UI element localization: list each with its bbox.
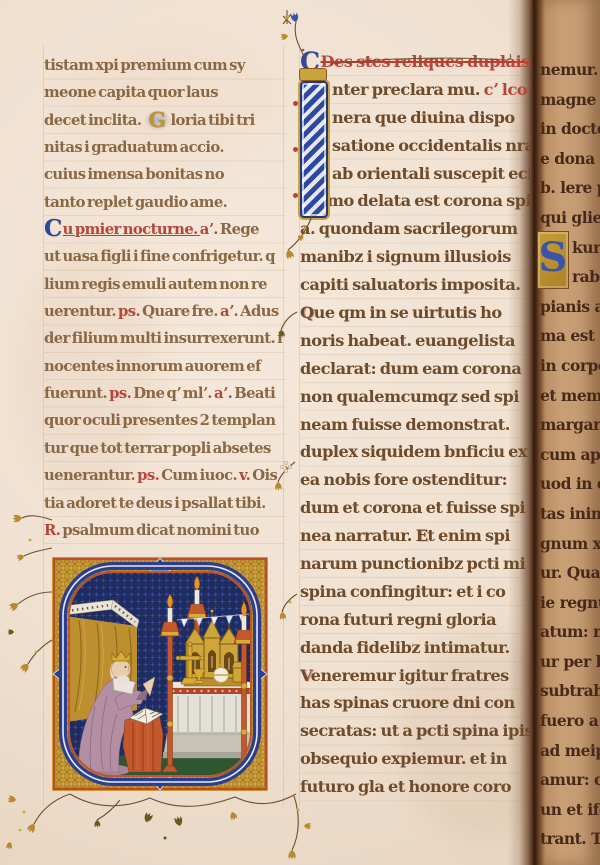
text-segment: Rege <box>220 221 259 238</box>
text-segment: in docte mara pru <box>540 119 600 138</box>
text-line: uenerantur. ps. Cum iuoc. v. Ois <box>44 462 286 489</box>
text-segment: u pmier nocturne. <box>63 221 200 238</box>
left-text-column: tistam xpi premium cum symeone capita qu… <box>44 52 286 544</box>
text-segment: uerentur. <box>44 303 118 320</box>
text-line: fuero a terra: o <box>540 706 600 736</box>
text-segment: psalmum dicat nomini tuo <box>62 522 259 539</box>
text-segment: Des stes reliques duplais. <box>321 52 531 71</box>
text-line: et membris eiu <box>540 381 600 411</box>
text-segment: fuero a terra: o <box>540 711 600 730</box>
text-line: a. quondam sacrilegorum <box>300 215 530 243</box>
text-line: ie regnum xpi <box>540 588 600 618</box>
text-line: in corpore xpi de <box>540 351 600 381</box>
text-segment: Quare fre. <box>142 303 220 320</box>
text-line: futuro gla et honore coro <box>300 773 530 801</box>
text-segment: der filium multi insurrexerunt. i <box>44 330 282 347</box>
text-line: quor oculi presentes 2 templan <box>44 407 286 434</box>
text-segment: V <box>300 666 311 685</box>
text-line: satione occidentalis nra <box>300 132 530 160</box>
text-segment: decet inclita. <box>44 112 144 129</box>
text-line: trant. Trahe igi <box>540 824 600 854</box>
text-segment: trant. Trahe igi <box>540 829 600 848</box>
text-segment: Cum iuoc. <box>161 467 239 484</box>
text-segment: ps. <box>137 467 161 484</box>
text-segment: uenerantur. <box>44 467 137 484</box>
text-line: secratas: ut a pcti spina ipis <box>300 717 530 745</box>
text-segment: qui glie pro domi <box>540 208 600 227</box>
text-segment: Adus <box>240 303 279 320</box>
text-segment: E <box>416 526 428 545</box>
decorated-initial-i <box>300 81 328 218</box>
text-line: magne solemnitatu <box>540 85 600 115</box>
text-segment: nocentes innorum auorem ef <box>44 358 261 375</box>
text-line: CDes stes reliques duplais. la <box>300 48 530 76</box>
text-segment: aʼ. <box>200 221 220 238</box>
text-segment: a. quondam sacrilegorum <box>300 219 518 238</box>
text-segment: in corpore xpi de <box>540 356 600 375</box>
text-segment: obsequio expiemur. et in <box>300 749 507 768</box>
text-line: narum punctionibz pcti mi <box>300 550 530 578</box>
text-line: ut uasa figli i fine confrigetur. q <box>44 243 286 270</box>
text-segment: atum: manif <box>540 622 600 641</box>
text-segment: C <box>44 218 63 241</box>
text-segment: noris habeat. euangelista <box>300 331 515 350</box>
text-line: e dona grane anseu <box>540 144 600 174</box>
text-line: cuius imensa bonitas no <box>44 161 286 188</box>
text-segment: un et ifernor <box>540 800 600 819</box>
text-line: obsequio expiemur. et in <box>300 745 530 773</box>
altar-frontal-band <box>168 688 252 694</box>
text-segment: ur per h qd in <box>540 652 600 671</box>
text-line: nera que diuina dispo <box>300 104 530 132</box>
text-line: has spinas cruore dni con <box>300 689 530 717</box>
text-line: cum aplo glan <box>540 440 600 470</box>
text-line: subtrahitur. Cum <box>540 676 600 706</box>
text-segment: gnum xpi et <box>540 534 600 553</box>
text-line: tanto replet gaudio ame. <box>44 189 286 216</box>
text-line: uerentur. ps. Quare fre. aʼ. Adus <box>44 298 286 325</box>
text-line: nea narratur. Et enim spi <box>300 522 530 550</box>
text-segment: cuius imensa bonitas no <box>44 166 224 183</box>
text-segment: declarat: dum eam corona <box>300 359 521 378</box>
white-beard <box>117 676 130 685</box>
text-line: lium regis emuli autem non re <box>44 271 286 298</box>
text-line: tistam xpi premium cum sy <box>44 52 286 79</box>
text-line: danda fidelibz intimatur. <box>300 634 530 662</box>
text-segment: tistam xpi premium cum sy <box>44 57 245 74</box>
text-line: ab orientali suscepit ecia: <box>300 160 530 188</box>
text-segment: fuerunt. <box>44 385 109 402</box>
text-line: duplex siquidem bnficiu ex <box>300 438 530 466</box>
text-segment: eneremur igitur fratres <box>311 666 509 685</box>
text-segment: nera que diuina dispo <box>332 108 515 127</box>
text-segment: nter preclara mu. <box>332 80 484 99</box>
text-segment: magne solemnitatu <box>540 90 600 109</box>
text-segment: has spinas cruore dni con <box>300 693 515 712</box>
text-segment: nitas i graduatum accio. <box>44 139 224 156</box>
text-line: nter preclara mu. cʼ lcoʼ. <box>300 76 530 104</box>
text-segment: ut uasa figli i fine confrigetur. q <box>44 248 275 265</box>
text-line: nocentes innorum auorem ef <box>44 353 286 380</box>
text-line: atum: manif <box>540 617 600 647</box>
text-line: spina confingitur: et i co <box>300 578 530 606</box>
miniature-king-praying-before-relics <box>51 556 269 792</box>
text-line: capiti saluatoris imposita. <box>300 271 530 299</box>
text-segment: satione occidentalis nra <box>332 136 530 155</box>
text-line: gnum xpi et <box>540 529 600 559</box>
text-line: ur. Quantum <box>540 558 600 588</box>
text-segment: uod in ea et per <box>540 474 600 493</box>
text-segment: margaritis orn <box>540 415 600 434</box>
text-segment: dum et corona et fuisse spi <box>300 498 525 517</box>
text-line: uod in ea et per <box>540 469 600 499</box>
text-line: ea nobis fore ostenditur: <box>300 466 530 494</box>
text-segment: ie regnum xpi <box>540 593 600 612</box>
initial-dot-ornament <box>293 101 298 106</box>
text-segment: Q <box>300 303 314 322</box>
text-segment: pianis amab <box>540 297 600 316</box>
text-line: nemur. Rʼ. Lux cece <box>540 55 600 85</box>
text-segment: cum aplo glan <box>540 445 600 464</box>
text-segment: tanto replet gaudio ame. <box>44 194 227 211</box>
text-line: nitas i graduatum accio. <box>44 134 286 161</box>
text-line: manibz i signum illusiois <box>300 243 530 271</box>
text-line: pianis amab <box>540 292 600 322</box>
text-segment: e dona grane anseu <box>540 149 600 168</box>
text-segment: ab orientali suscepit ecia: <box>332 164 530 183</box>
text-segment: tia adoret te deus i psallat tibi. <box>44 495 266 512</box>
text-line: ma est post coro <box>540 321 600 351</box>
text-line: noris habeat. euangelista <box>300 327 530 355</box>
text-line: meone capita quor laus <box>44 79 286 106</box>
text-segment: spina confingitur: et i co <box>300 582 505 601</box>
text-segment: danda fidelibz intimatur. <box>300 638 510 657</box>
text-segment: manibz i signum illusiois <box>300 247 511 266</box>
text-line: tur que tot terrar popli absetes <box>44 435 286 462</box>
text-segment: v. <box>239 467 252 484</box>
text-segment: pmo delata est corona spie <box>316 191 530 210</box>
text-segment: ps. <box>118 303 142 320</box>
king-head <box>112 660 131 679</box>
text-segment: b. lere psallant ei <box>540 178 600 197</box>
text-line: ad meipm. Et <box>540 736 600 766</box>
text-line: der filium multi insurrexerunt. i <box>44 325 286 352</box>
text-line: pmo delata est corona spie <box>300 187 530 215</box>
text-segment: ad meipm. <box>540 741 600 760</box>
text-segment: ea nobis fore ostenditur: <box>300 470 507 489</box>
text-segment: loria tibi tri <box>171 112 255 129</box>
text-segment: ma est post coro <box>540 326 600 345</box>
text-segment: duplex siquidem bnficiu ex <box>300 442 527 461</box>
text-segment: et membris eiu <box>540 386 600 405</box>
text-segment: futuro gla et honore coro <box>300 777 511 796</box>
text-segment: non qualemcumqz sed spi <box>300 387 519 406</box>
text-segment: quor oculi presentes 2 templan <box>44 412 275 429</box>
text-line: tas inimici dep <box>540 499 600 529</box>
text-segment: secratas: ut a pcti spina ipis <box>300 721 530 740</box>
text-segment: Ois <box>252 467 277 484</box>
text-line: Cu pmier nocturne. aʼ. Rege <box>44 216 286 243</box>
text-line: margaritis orn <box>540 410 600 440</box>
text-segment: aʼ. <box>220 303 240 320</box>
text-segment: subtrahitur. <box>540 681 600 700</box>
text-line: declarat: dum eam corona <box>300 355 530 383</box>
text-segment: lium regis emuli autem non re <box>44 276 267 293</box>
text-line: un et ifernor <box>540 795 600 825</box>
text-line: dum et corona et fuisse spi <box>300 494 530 522</box>
text-segment: G <box>144 110 171 131</box>
text-line: neam fuisse demonstrat. <box>300 411 530 439</box>
text-segment: nemur. <box>540 60 600 79</box>
text-segment: rona futuri regni gloria <box>300 610 496 629</box>
text-segment: capiti saluatoris imposita. <box>300 275 521 294</box>
text-line: rona futuri regni gloria <box>300 606 530 634</box>
text-segment: neam fuisse demonstrat. <box>300 415 510 434</box>
text-segment: rabilis c <box>572 267 600 286</box>
text-segment: tur que tot terrar popli absetes <box>44 440 271 457</box>
text-line: fuerunt. ps. Dne qʼ mlʼ. aʼ. Beati <box>44 380 286 407</box>
text-segment: t enim spi <box>427 526 510 545</box>
text-line: in docte mara pru <box>540 114 600 144</box>
text-segment: Beati <box>234 385 275 402</box>
text-segment: ue qm in se uirtutis ho <box>314 303 502 322</box>
facing-page-text-column: nemur. Rʼ. Lux cecemagne solemnitatuin d… <box>540 55 600 854</box>
text-line: b. lere psallant ei <box>540 173 600 203</box>
text-line: amur: celestiu <box>540 765 600 795</box>
text-segment: amur: celestiu <box>540 770 600 789</box>
text-segment: kur uene <box>572 238 600 257</box>
text-segment: ur. Quantum <box>540 563 600 582</box>
text-line: non qualemcumqz sed spi <box>300 383 530 411</box>
text-segment: R. <box>44 522 62 539</box>
text-segment: nea narratur. <box>300 526 416 545</box>
text-line: decet inclita. Gloria tibi tri <box>44 107 286 134</box>
text-segment: ps. <box>109 385 133 402</box>
manuscript-page: tistam xpi premium cum symeone capita qu… <box>0 0 600 865</box>
text-segment: aʼ. <box>214 385 234 402</box>
text-line: tia adoret te deus i psallat tibi. <box>44 490 286 517</box>
miniature-painting <box>51 556 269 792</box>
text-line: R. psalmum dicat nomini tuo <box>44 517 286 544</box>
right-text-column: CDes stes reliques duplais. lanter precl… <box>300 48 530 801</box>
text-line: Que qm in se uirtutis ho <box>300 299 530 327</box>
text-line: ur per h qd in <box>540 647 600 677</box>
text-segment: cʼ lcoʼ. <box>484 80 530 99</box>
text-segment: tas inimici dep <box>540 504 600 523</box>
text-line: qui glie pro domi <box>540 203 600 233</box>
text-segment: meone capita quor laus <box>44 84 218 101</box>
text-segment: narum punctionibz pcti mi <box>300 554 525 573</box>
facing-initial-s: S <box>537 231 569 289</box>
text-segment: Dne qʼ mlʼ. <box>133 385 214 402</box>
text-line: Veneremur igitur fratres <box>300 662 530 690</box>
